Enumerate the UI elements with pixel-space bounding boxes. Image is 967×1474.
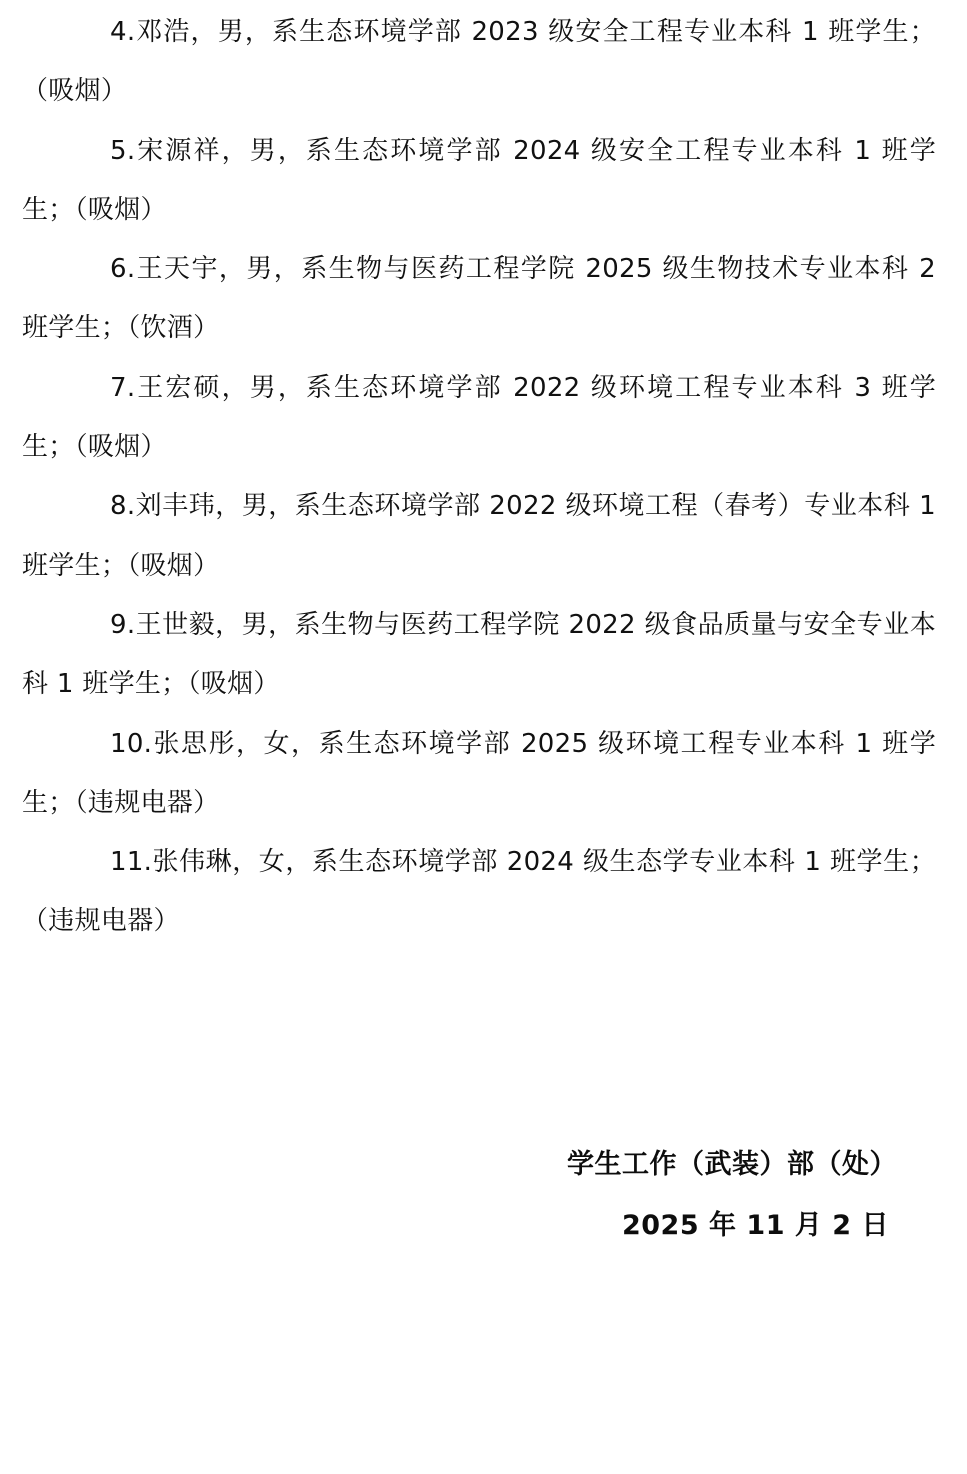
list-item-7: 7.王宏硕，男，系生态环境学部 2022 级环境工程专业本科 3 班学生；（吸烟… [22,359,936,478]
signature-date: 2025 年 11 月 2 日 [622,1203,889,1242]
signature-department: 学生工作（武装）部（处） [567,1142,897,1181]
list-item-8: 8.刘丰玮，男，系生态环境学部 2022 级环境工程（春考）专业本科 1 班学生… [22,477,936,596]
list-item-4: 4.邓浩，男，系生态环境学部 2023 级安全工程专业本科 1 班学生；（吸烟） [22,3,936,122]
list-item-9: 9.王世毅，男，系生物与医药工程学院 2022 级食品质量与安全专业本科 1 班… [22,596,936,715]
document-body: 4.邓浩，男，系生态环境学部 2023 级安全工程专业本科 1 班学生；（吸烟）… [22,3,936,952]
list-item-11: 11.张伟琳，女，系生态环境学部 2024 级生态学专业本科 1 班学生；（违规… [22,833,936,952]
list-item-6: 6.王天宇，男，系生物与医药工程学院 2025 级生物技术专业本科 2 班学生；… [22,240,936,359]
list-item-10: 10.张思彤，女，系生态环境学部 2025 级环境工程专业本科 1 班学生；（违… [22,715,936,834]
list-item-5: 5.宋源祥，男，系生态环境学部 2024 级安全工程专业本科 1 班学生；（吸烟… [22,122,936,241]
